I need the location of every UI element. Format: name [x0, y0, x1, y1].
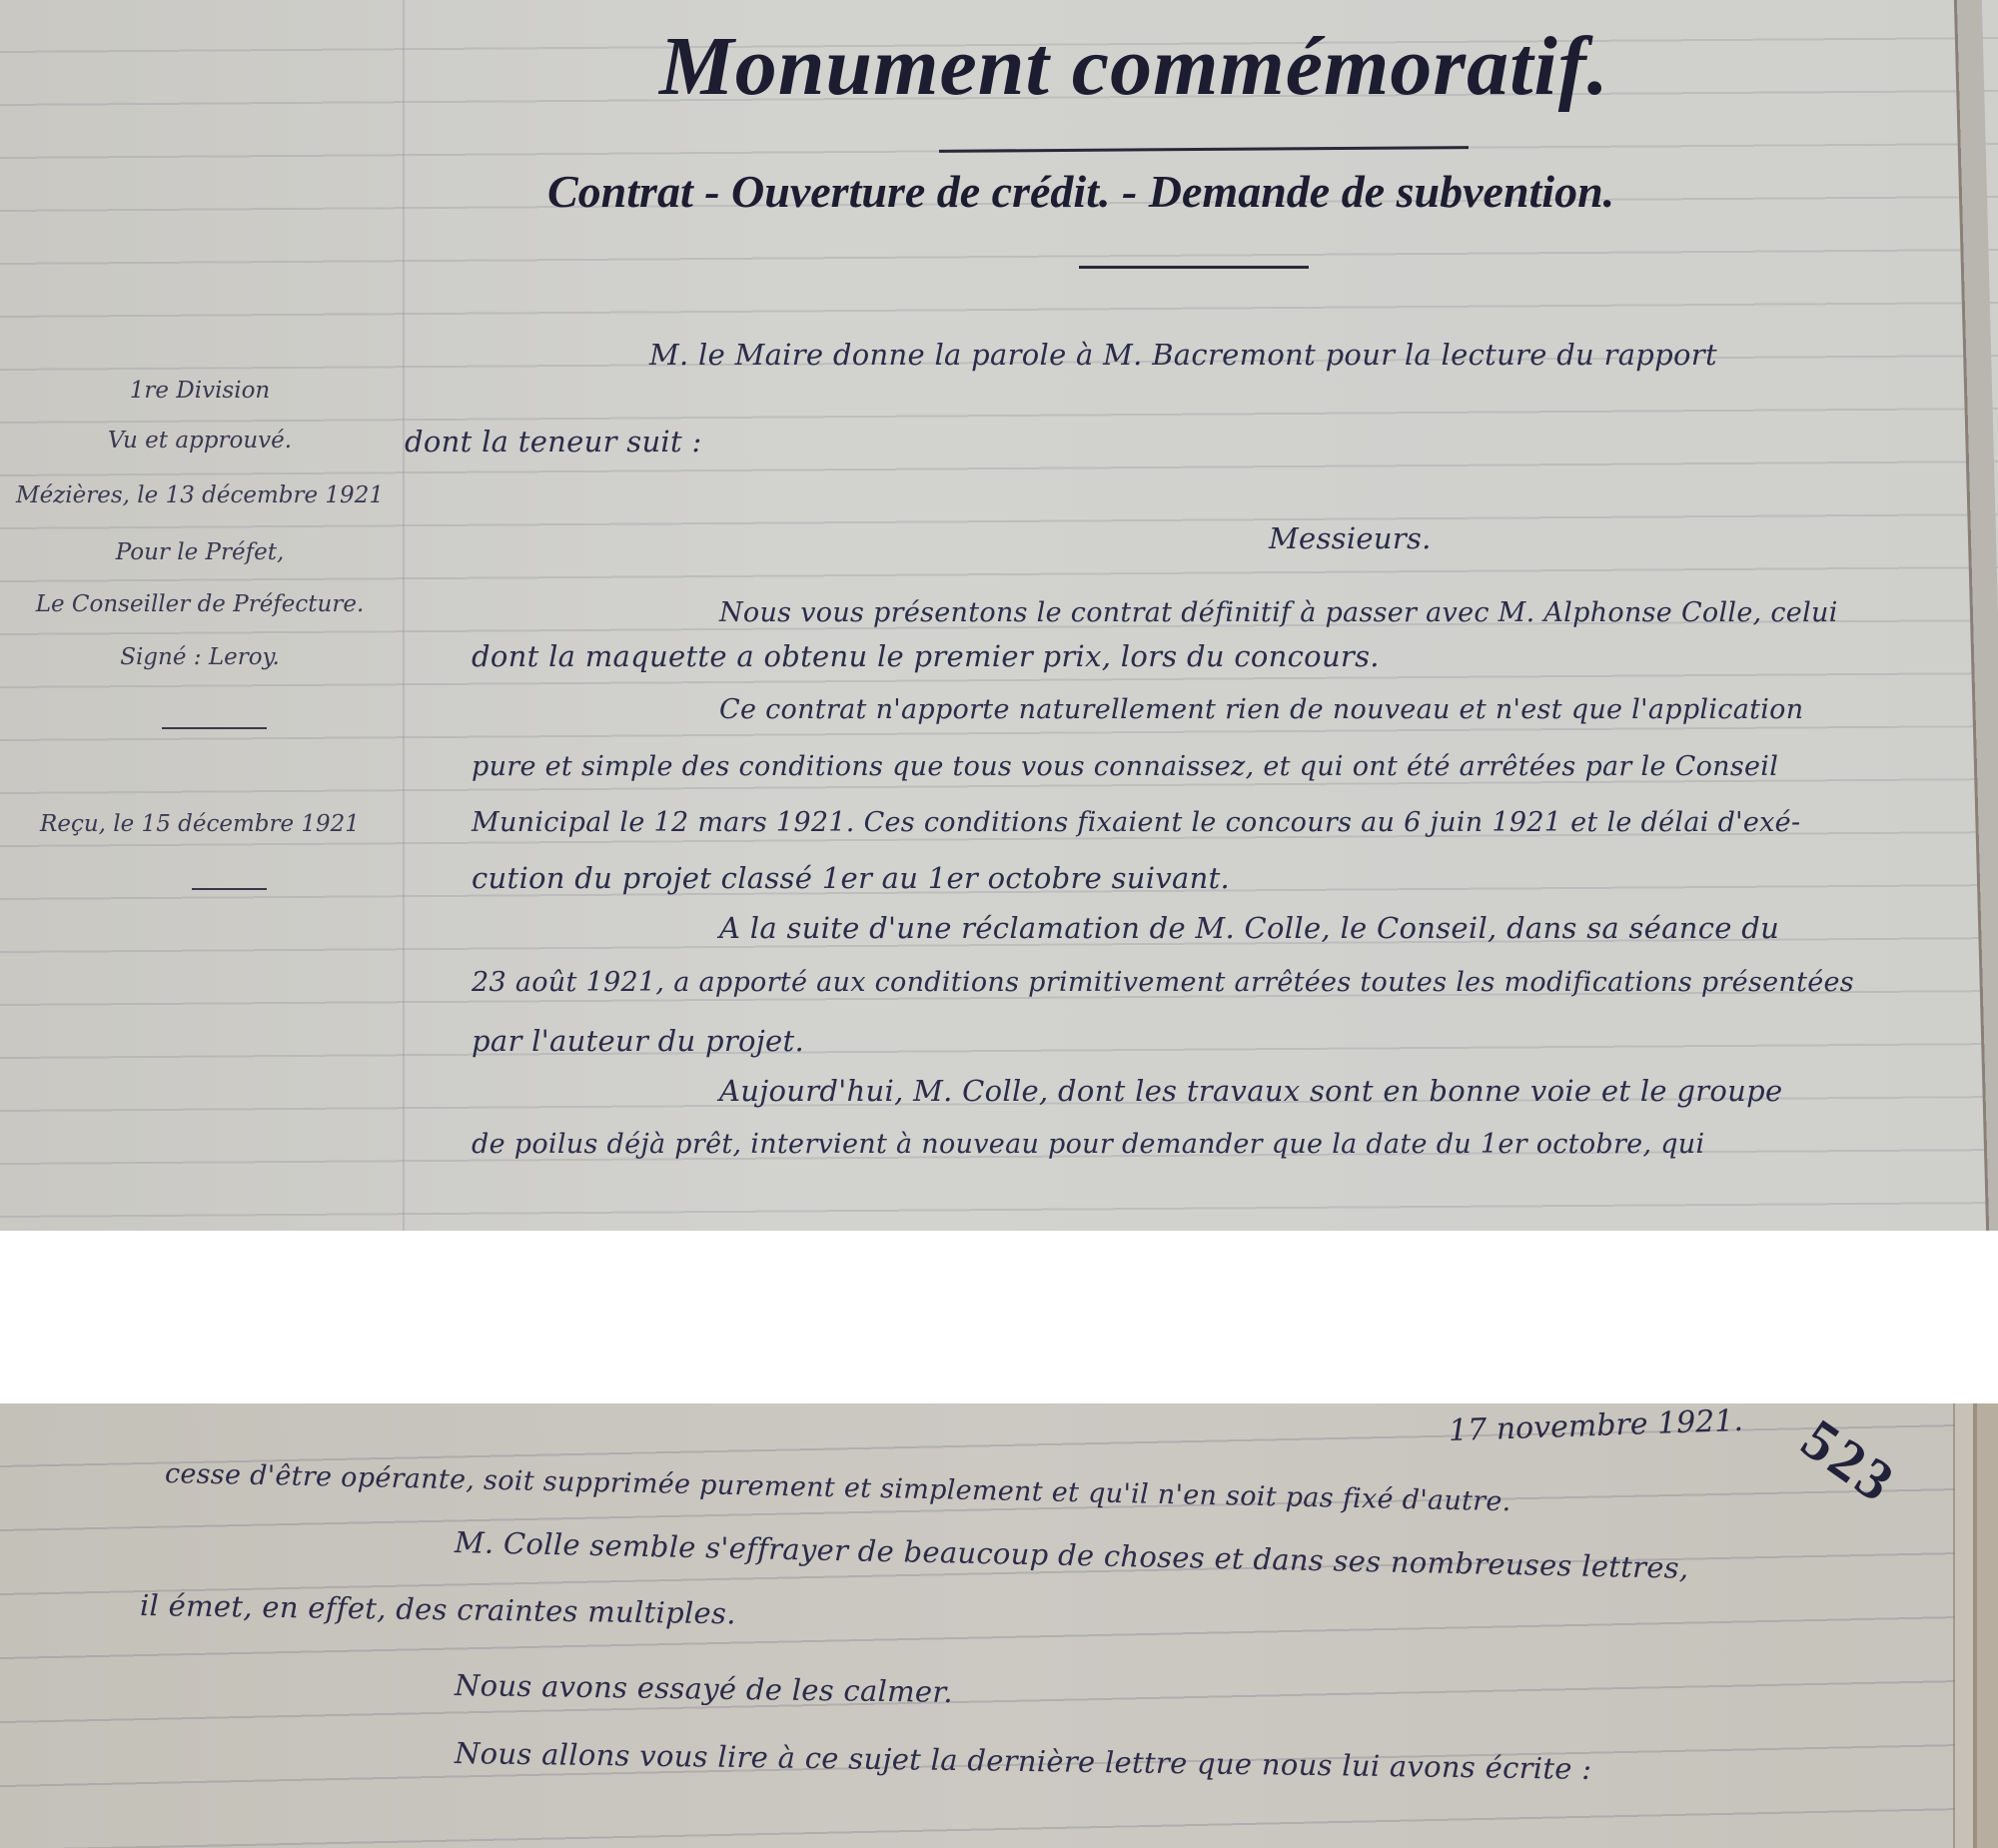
- paragraph-line: Ce contrat n'apporte naturellement rien …: [719, 694, 1803, 725]
- margin-signature: Signé : Leroy.: [0, 644, 400, 670]
- paragraph-line: Nous vous présentons le contrat définiti…: [719, 597, 1838, 628]
- paragraph-line: pure et simple des conditions que tous v…: [472, 751, 1778, 782]
- salutation: Messieurs.: [1269, 521, 1432, 555]
- margin-separator: [192, 888, 267, 890]
- margin-rule: [403, 0, 405, 1231]
- paragraph-line: de poilus déjà prêt, intervient à nouvea…: [472, 1129, 1704, 1160]
- document-title: Monument commémoratif.: [659, 18, 1609, 115]
- margin-for-prefect: Pour le Préfet,: [0, 539, 400, 565]
- paragraph-line: Aujourd'hui, M. Colle, dont les travaux …: [719, 1074, 1782, 1108]
- margin-separator: [162, 727, 267, 729]
- paragraph-line: il émet, en effet, des craintes multiple…: [140, 1588, 736, 1630]
- paragraph-line: Nous allons vous lire à ce sujet la dern…: [455, 1736, 1592, 1786]
- register-page-bottom: 17 novembre 1921. 523 cesse d'être opéra…: [0, 1403, 1998, 1848]
- margin-division: 1re Division: [0, 378, 400, 404]
- paragraph-line: par l'auteur du projet.: [472, 1024, 804, 1058]
- margin-councillor: Le Conseiller de Préfecture.: [0, 591, 400, 617]
- intro-line: dont la teneur suit :: [405, 425, 702, 459]
- paragraph-line: cesse d'être opérante, soit supprimée pu…: [165, 1458, 1511, 1517]
- folio-number: 523: [1790, 1405, 1910, 1517]
- paragraph-line: 23 août 1921, a apporté aux conditions p…: [472, 967, 1854, 998]
- paragraph-line: cution du projet classé 1er au 1er octob…: [472, 861, 1230, 895]
- register-page-top: Monument commémoratif. Contrat - Ouvertu…: [0, 0, 1998, 1231]
- document-subtitle: Contrat - Ouverture de crédit. - Demande…: [547, 165, 1614, 218]
- title-underline: [939, 146, 1469, 153]
- margin-approved: Vu et approuvé.: [0, 428, 400, 454]
- paragraph-line: dont la maquette a obtenu le premier pri…: [472, 639, 1380, 673]
- margin-received: Reçu, le 15 décembre 1921: [0, 811, 400, 837]
- page-header-date: 17 novembre 1921.: [1448, 1403, 1743, 1448]
- paragraph-line: M. Colle semble s'effrayer de beaucoup d…: [455, 1525, 1689, 1585]
- paragraph-line: Municipal le 12 mars 1921. Ces condition…: [472, 807, 1800, 838]
- subtitle-underline: [1079, 266, 1309, 269]
- margin-place-date: Mézières, le 13 décembre 1921: [0, 482, 400, 508]
- page-edge: [1953, 1403, 1998, 1848]
- page-edge: [1954, 0, 1998, 1231]
- paragraph-line: A la suite d'une réclamation de M. Colle…: [719, 911, 1779, 945]
- intro-line: M. le Maire donne la parole à M. Bacremo…: [649, 338, 1717, 372]
- photo-gap: [0, 1231, 1998, 1403]
- paragraph-line: Nous avons essayé de les calmer.: [455, 1668, 953, 1709]
